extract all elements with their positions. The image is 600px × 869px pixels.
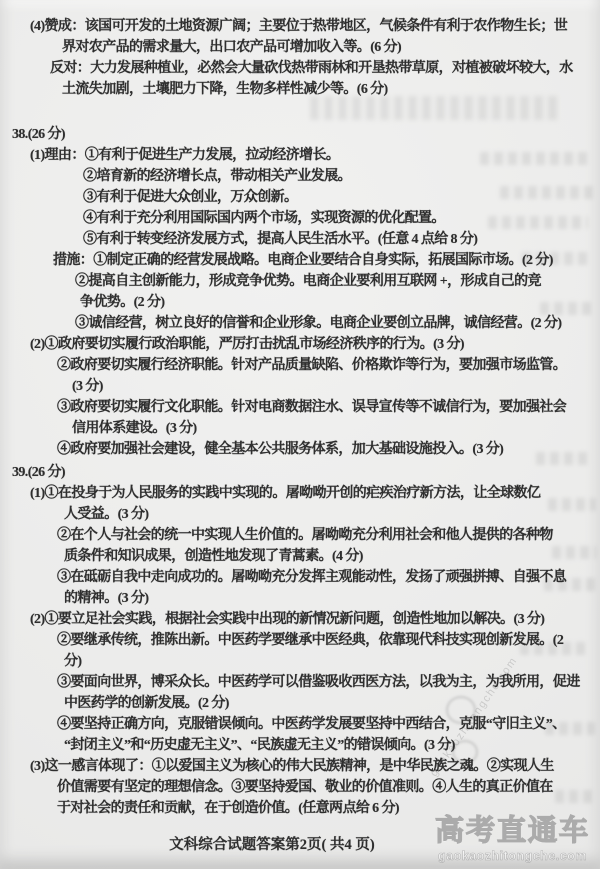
- answer-line: ③在砥砺自我中走向成功的。屠呦呦充分发挥主观能动性，发扬了顽强拼搏、自强不息: [57, 567, 600, 588]
- answer-line: ③诚信经营，树立良好的信誉和企业形象。电商企业要创立品牌，诚信经营。(2 分): [75, 313, 600, 334]
- answer-line: 分): [64, 651, 600, 672]
- answer-line: 争优势。(2 分): [80, 292, 600, 313]
- answer-line: ②在个人与社会的统一中实现人生价值的。屠呦呦充分利用社会和他人提供的各种物: [57, 525, 600, 546]
- answer-line: 反对：大力发展种植业，必然会大量砍伐热带雨林和开垦热带草原，对植被破坏较大，水: [50, 58, 600, 79]
- answer-line: 措施：①制定正确的经营发展战略。电商企业要结合自身实际，拓展国际市场。(2 分): [53, 250, 600, 271]
- watermark-url-text: gaokaozhitongche.com: [435, 849, 590, 863]
- site-watermark: 高考直通车 gaokaozhitongche.com: [435, 817, 590, 863]
- question-number-line: 38.(26 分): [12, 124, 600, 145]
- answer-line: (3 分): [72, 376, 600, 397]
- answer-line: ②提高自主创新能力，形成竞争优势。电商企业要利用互联网 +，形成自己的竞: [75, 271, 600, 292]
- answer-line: ⑤有利于转变经济发展方式，提高人民生活水平。(任意 4 点给 8 分): [83, 229, 600, 250]
- answer-line: ③有利于促进大众创业，万众创新。: [83, 187, 600, 208]
- answer-line: ③要面向世界，博采众长。中医药学可以借鉴吸收西医方法，以我为主，为我所用，促进: [57, 672, 600, 693]
- answer-line: (4)赞成：该国可开发的土地资源广阔；主要位于热带地区，气候条件有利于农作物生长…: [30, 16, 600, 37]
- scanned-answer-page: gaokaozhitongche.com (4)赞成：该国可开发的土地资源广阔；…: [0, 0, 600, 869]
- answer-line: “封闭主义”和“历史虚无主义”、“民族虚无主义”的错误倾向。(3 分): [64, 735, 600, 756]
- question-number-line: 39.(26 分): [12, 462, 600, 483]
- answer-line: (1)理由：①有利于促进生产力发展，拉动经济增长。: [30, 145, 600, 166]
- answer-line: 中医药学的创新发展。(2 分): [64, 693, 600, 714]
- question-38-answer-section: 38.(26 分) (1)理由：①有利于促进生产力发展，拉动经济增长。 ②培育新…: [0, 124, 600, 460]
- answer-line: 信用体系建设。(3 分): [72, 418, 600, 439]
- question-39-answer-section: 39.(26 分) (1)①在投身于为人民服务的实践中实现的。屠呦呦开创的疟疾治…: [0, 462, 600, 819]
- answer-line: 价值需要有坚定的理想信念。③要坚持爱国、敬业的价值准则。④人生的真正价值在: [57, 777, 600, 798]
- answer-line: 的精神。(3 分): [64, 588, 600, 609]
- answer-line: (3)这一感言体现了：①以爱国主义为核心的伟大民族精神，是中华民族之魂。②实现人…: [30, 756, 600, 777]
- answer-line: 土流失加剧，土壤肥力下降，生物多样性减少等。(6 分): [62, 79, 600, 100]
- answer-line: 界对农产品的需求量大，出口农产品可增加收入等。(6 分): [62, 37, 600, 58]
- answer-line: ③政府要切实履行文化职能。针对电商数据注水、误导宣传等不诚信行为，要加强社会: [57, 397, 600, 418]
- answer-line: ②要继承传统，推陈出新。中医药学要继承中医经典，依靠现代科技实现创新发展。(2: [57, 630, 600, 651]
- geography-q4-answer-section: (4)赞成：该国可开发的土地资源广阔；主要位于热带地区，气候条件有利于农作物生长…: [0, 16, 600, 100]
- answer-line: ④有利于充分利用国际国内两个市场，实现资源的优化配置。: [83, 208, 600, 229]
- watermark-logo-text: 高考直通车: [435, 817, 590, 846]
- answer-line: (2)①要立足社会实践，根据社会实践中出现的新情况新问题，创造性地加以解决。(3…: [30, 609, 600, 630]
- answer-line: 质条件和知识成果，创造性地发现了青蒿素。(4 分): [64, 546, 600, 567]
- answer-line: ④要坚持正确方向，克服错误倾向。中医药学发展要坚持中西结合，克服“守旧主义”、: [57, 714, 600, 735]
- answer-line: ④政府要加强社会建设，健全基本公共服务体系，加大基础设施投入。(3 分): [57, 439, 600, 460]
- answer-line: (1)①在投身于为人民服务的实践中实现的。屠呦呦开创的疟疾治疗新方法，让全球数亿: [30, 483, 600, 504]
- answer-line: 人受益。(3 分): [64, 504, 600, 525]
- answer-line: ②政府要切实履行经济职能。针对产品质量缺陷、价格欺诈等行为，要加强市场监管。: [57, 355, 600, 376]
- answer-line: (2)①政府要切实履行政治职能，严厉打击扰乱市场经济秩序的行为。(3 分): [30, 334, 600, 355]
- answer-content: (4)赞成：该国可开发的土地资源广阔；主要位于热带地区，气候条件有利于农作物生长…: [0, 16, 600, 819]
- answer-line: ②培育新的经济增长点，带动相关产业发展。: [83, 166, 600, 187]
